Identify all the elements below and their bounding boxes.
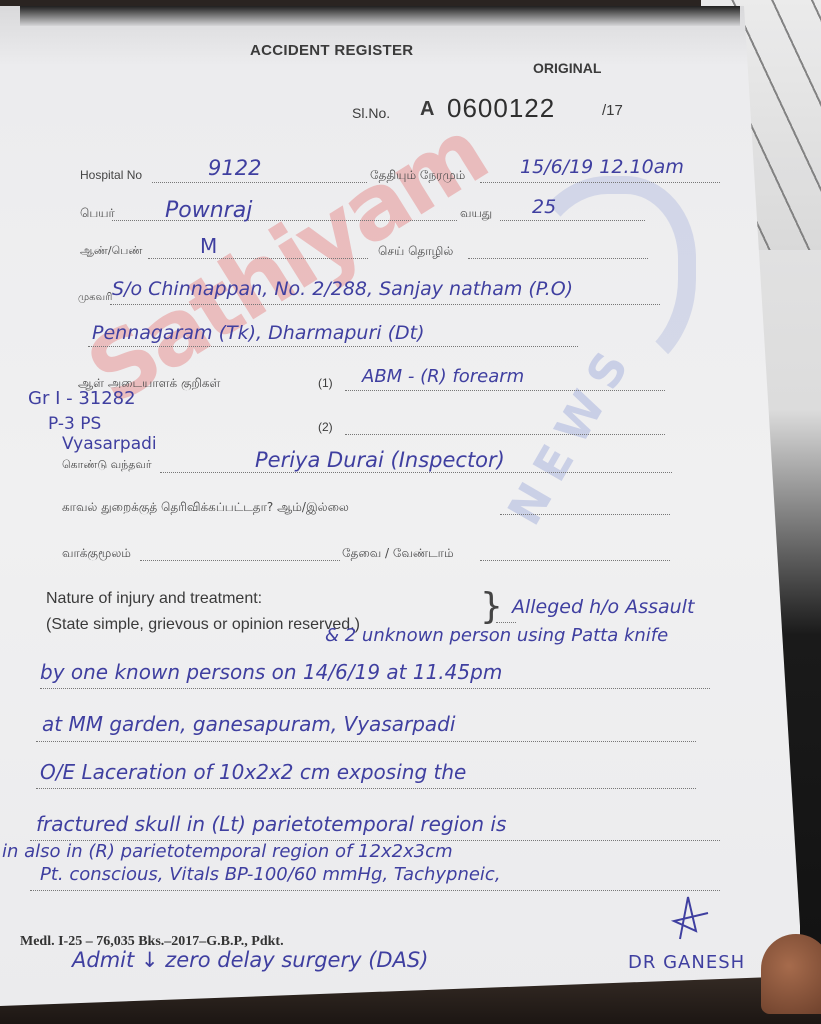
mark-1-value: ABM - (R) forearm bbox=[362, 366, 524, 387]
serial-prefix: A bbox=[420, 98, 434, 121]
police-note-1: Gr I - 31282 bbox=[28, 388, 136, 409]
police-informed-label: காவல் துறைக்குத் தெரிவிக்கப்பட்டதா? ஆம்/… bbox=[62, 500, 349, 516]
age-label: வயது bbox=[460, 206, 492, 222]
statement-label: வாக்குமூலம் bbox=[62, 546, 131, 562]
injury-line: Pt. conscious, Vitals BP-100/60 mmHg, Ta… bbox=[40, 864, 501, 885]
bracket-icon: } bbox=[480, 586, 503, 627]
date-time-value: 15/6/19 12.10am bbox=[520, 156, 684, 178]
address-value-1: S/o Chinnappan, No. 2/288, Sanjay natham… bbox=[112, 278, 573, 300]
serial-label: Sl.No. bbox=[352, 105, 390, 121]
injury-line: Alleged h/o Assault bbox=[512, 596, 694, 618]
date-time-label: தேதியும் நேரமும் bbox=[370, 168, 465, 184]
address-line-2 bbox=[88, 346, 578, 347]
statement-line bbox=[140, 560, 340, 561]
injury-ruled-line bbox=[30, 890, 720, 891]
address-label: முகவரி bbox=[78, 292, 112, 304]
injury-label-1: Nature of injury and treatment: bbox=[46, 590, 262, 608]
address-value-2: Pennagaram (Tk), Dharmapuri (Dt) bbox=[92, 322, 425, 344]
serial-number: 0600122 bbox=[447, 93, 555, 124]
injury-line: at MM garden, ganesapuram, Vyasarpadi bbox=[42, 712, 455, 736]
serial-suffix: /17 bbox=[602, 102, 623, 119]
mark-2-line bbox=[345, 434, 665, 435]
mark-1-line bbox=[345, 390, 665, 391]
hospital-no-label: Hospital No bbox=[80, 168, 142, 182]
mark-1-number: (1) bbox=[318, 376, 333, 390]
statement-required-line bbox=[480, 560, 670, 561]
injury-line: & 2 unknown person using Patta knife bbox=[325, 625, 668, 646]
sex-label: ஆண்/பெண் bbox=[80, 244, 142, 259]
injury-label-2: (State simple, grievous or opinion reser… bbox=[46, 616, 360, 634]
copy-type: ORIGINAL bbox=[533, 60, 601, 76]
police-informed-line bbox=[500, 514, 670, 515]
doctor-name: DR GANESH bbox=[628, 952, 745, 973]
injury-ruled-line bbox=[36, 788, 696, 789]
finger-holding-page bbox=[761, 934, 821, 1014]
patient-sex: M bbox=[200, 234, 217, 258]
injury-ruled-line bbox=[40, 688, 710, 689]
page-top-shadow bbox=[20, 6, 740, 26]
accident-register-sheet: Sathiyam NEWS ACCIDENT REGISTER ORIGINAL… bbox=[0, 6, 800, 1006]
police-note-2: P-3 PS bbox=[48, 414, 101, 434]
hospital-no-line bbox=[152, 182, 367, 183]
patient-age: 25 bbox=[532, 196, 556, 218]
brought-by-line bbox=[160, 472, 672, 473]
injury-brace-dots bbox=[496, 622, 516, 623]
name-line bbox=[112, 220, 457, 221]
brought-by-value: Periya Durai (Inspector) bbox=[255, 448, 505, 472]
name-label: பெயர் bbox=[80, 206, 115, 222]
address-line-1 bbox=[110, 304, 660, 305]
sex-line bbox=[148, 258, 368, 259]
police-note-3: Vyasarpadi bbox=[62, 434, 157, 454]
mark-2-number: (2) bbox=[318, 420, 333, 434]
injury-line: by one known persons on 14/6/19 at 11.45… bbox=[40, 660, 502, 684]
document-title: ACCIDENT REGISTER bbox=[250, 42, 413, 59]
injury-line: fractured skull in (Lt) parietotemporal … bbox=[36, 812, 506, 836]
statement-required-label: தேவை / வேண்டாம் bbox=[342, 546, 454, 562]
occupation-line bbox=[468, 258, 648, 259]
brought-by-label: கொண்டு வந்தவர் bbox=[62, 458, 152, 473]
date-time-line bbox=[480, 182, 720, 183]
injury-line: in also in (R) parietotemporal region of… bbox=[2, 841, 453, 862]
age-line bbox=[500, 220, 645, 221]
hospital-no-value: 9122 bbox=[208, 156, 261, 180]
signature-icon bbox=[668, 891, 712, 941]
injury-ruled-line bbox=[36, 741, 696, 742]
patient-name: Pownraj bbox=[165, 198, 252, 223]
injury-line: O/E Laceration of 10x2x2 cm exposing the bbox=[40, 760, 466, 784]
treatment-note: Admit ↓ zero delay surgery (DAS) bbox=[72, 948, 428, 972]
occupation-label: செய் தொழில் bbox=[378, 244, 453, 260]
